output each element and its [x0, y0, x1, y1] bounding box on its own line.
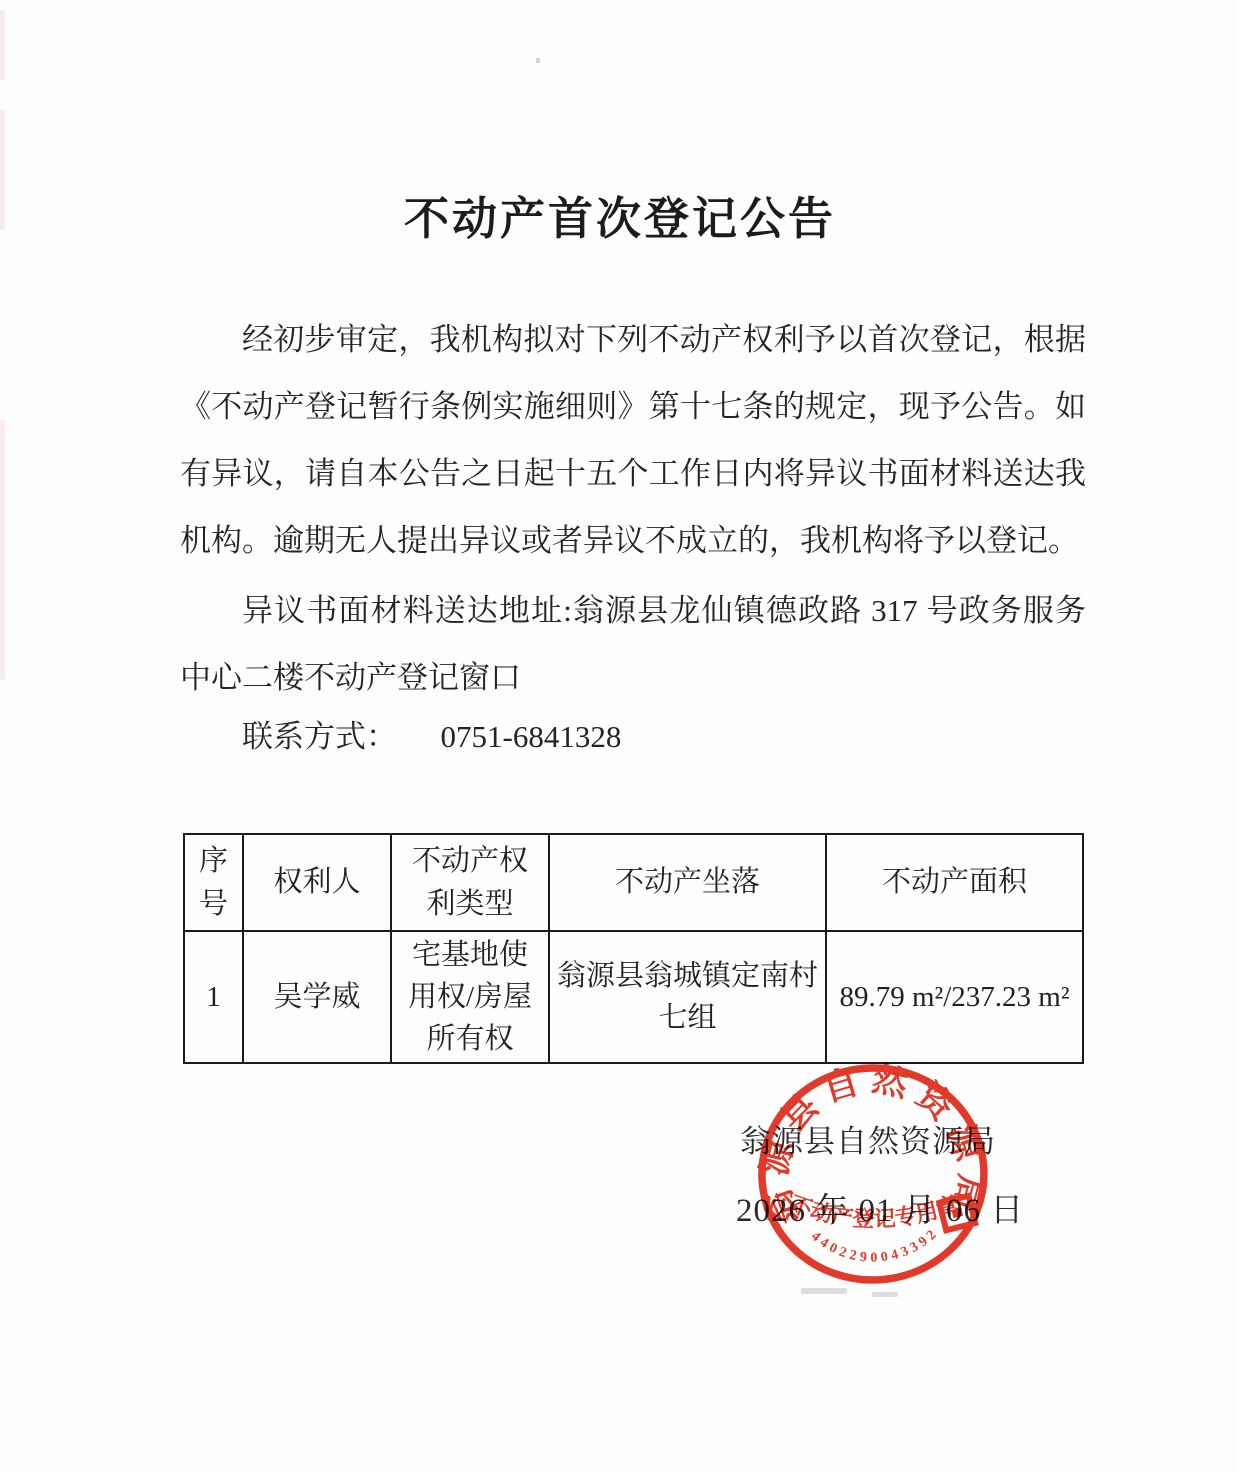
- scan-edge-mark: [0, 420, 5, 680]
- announcement-paragraph: 经初步审定，我机构拟对下列不动产权利予以首次登记，根据《不动产登记暂行条例实施细…: [180, 306, 1086, 574]
- header-serial-number: 序号: [184, 834, 243, 931]
- scan-edge-mark: [0, 10, 5, 80]
- seal-center-text: 不动产登记专用章: [786, 1185, 962, 1234]
- cell-right-type: 宅基地使用权/房屋所有权: [391, 931, 549, 1063]
- page-title: 不动产首次登记公告: [160, 182, 1080, 247]
- scan-speck: [536, 58, 540, 63]
- table-header-row: 序号 权利人 不动产权利类型 不动产坐落 不动产面积: [184, 834, 1083, 931]
- table-row: 1 吴学威 宅基地使用权/房屋所有权 翁源县翁城镇定南村七组 89.79 m²/…: [184, 931, 1083, 1063]
- official-seal-stamp-icon: 翁源县自然资源局 不动产登记专用章 4402290043392: [749, 1056, 997, 1296]
- header-area: 不动产面积: [826, 834, 1083, 931]
- cell-serial-number: 1: [184, 931, 243, 1063]
- document-page: 不动产首次登记公告 经初步审定，我机构拟对下列不动产权利予以首次登记，根据《不动…: [0, 0, 1237, 1471]
- objection-address-paragraph: 异议书面材料送达地址:翁源县龙仙镇德政路 317 号政务服务中心二楼不动产登记窗…: [180, 577, 1086, 711]
- contact-label: 联系方式：: [242, 719, 397, 754]
- seal-emblem-icon: [939, 1196, 975, 1230]
- header-right-holder: 权利人: [243, 834, 391, 931]
- cell-right-holder: 吴学威: [243, 931, 391, 1063]
- scan-edge-mark: [0, 110, 5, 230]
- registration-table: 序号 权利人 不动产权利类型 不动产坐落 不动产面积 1 吴学威 宅基地使用权/…: [183, 833, 1084, 1064]
- header-location: 不动产坐落: [549, 834, 826, 931]
- scan-smudge: [872, 1292, 898, 1297]
- header-right-type: 不动产权利类型: [391, 834, 549, 931]
- contact-phone: 0751-6841328: [441, 719, 622, 754]
- cell-location: 翁源县翁城镇定南村七组: [549, 931, 826, 1063]
- cell-area: 89.79 m²/237.23 m²: [826, 931, 1083, 1063]
- contact-line: 联系方式： 0751-6841328: [180, 703, 1086, 770]
